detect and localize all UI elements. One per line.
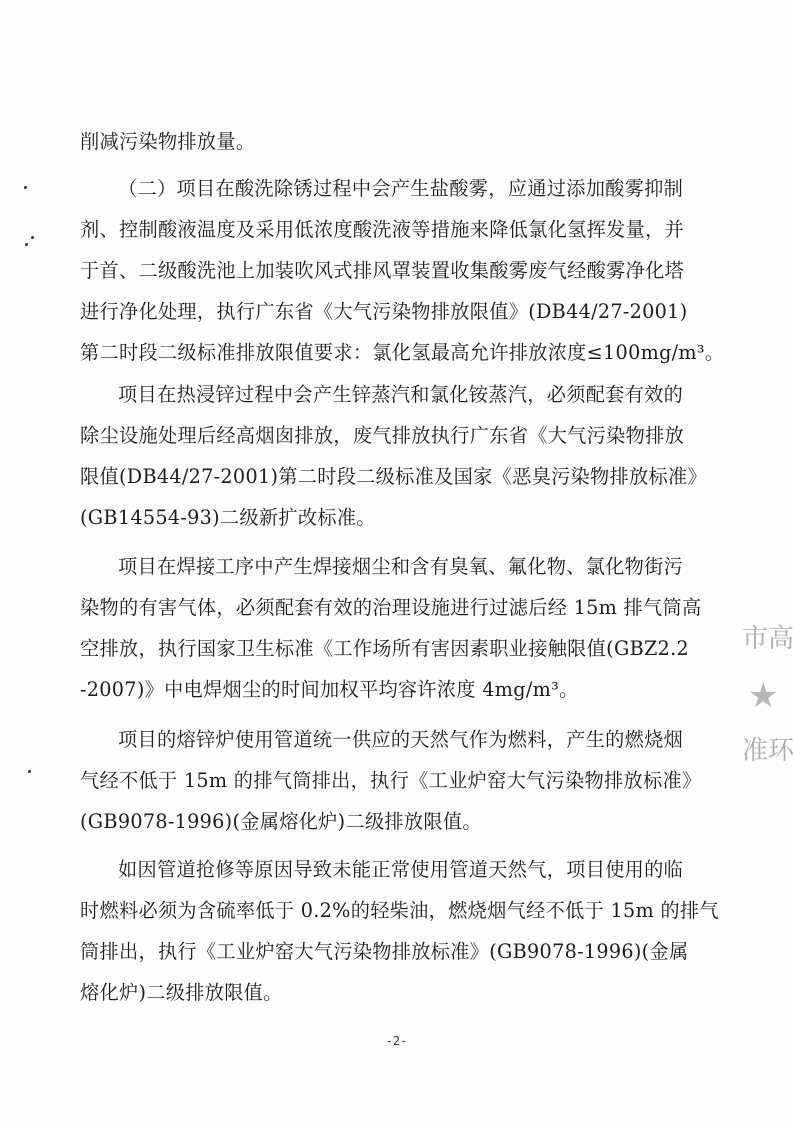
stamp-bottom-text: 准环 [742, 730, 793, 767]
text-line: (GB9078-1996)(金属熔化炉)二级排放限值。 [80, 810, 720, 834]
page-number: -2- [0, 1034, 793, 1048]
text-line: 熔化炉)二级排放限值。 [80, 981, 720, 1005]
text-line: 空排放，执行国家卫生标准《工作场所有害因素职业接触限值(GBZ2.2 [80, 637, 720, 661]
scan-speck [28, 770, 31, 773]
text-line: 进行净化处理，执行广东省《大气污染物排放限值》(DB44/27-2001) [80, 300, 720, 324]
stamp-top-text: 市高 [742, 618, 793, 655]
scan-speck [25, 243, 28, 246]
text-line: 削减污染物排放量。 [80, 130, 720, 154]
text-line: 限值(DB44/27-2001)第二时段二级标准及国家《恶臭污染物排放标准》 [80, 465, 720, 489]
text-line: 时燃料必须为含硫率低于 0.2%的轻柴油，燃烧烟气经不低于 15m 的排气 [80, 899, 720, 923]
scan-speck [24, 186, 27, 189]
paragraph-start-line: （二）项目在酸洗除锈过程中会产生盐酸雾，应通过添加酸雾抑制 [118, 177, 758, 201]
text-line: 除尘设施处理后经高烟囱排放，废气排放执行广东省《大气污染物排放 [80, 424, 720, 448]
star-icon: ★ [748, 676, 778, 716]
text-line: 气经不低于 15m 的排气筒排出，执行《工业炉窑大气污染物排放标准》 [80, 769, 720, 793]
document-page: 削减污染物排放量。 （二）项目在酸洗除锈过程中会产生盐酸雾，应通过添加酸雾抑制 … [0, 0, 793, 1122]
paragraph-start-line: 如因管道抢修等原因导致未能正常使用管道天然气，项目使用的临 [118, 858, 758, 882]
official-seal-stamp: 市高 ★ 准环 [742, 612, 793, 772]
paragraph-start-line: 项目的熔锌炉使用管道统一供应的天然气作为燃料，产生的燃烧烟 [118, 728, 758, 752]
paragraph-start-line: 项目在焊接工序中产生焊接烟尘和含有臭氧、氟化物、氯化物街污 [118, 555, 758, 579]
text-line: 于首、二级酸洗池上加装吹风式排风罩装置收集酸雾废气经酸雾净化塔 [80, 259, 720, 283]
paragraph-start-line: 项目在热浸锌过程中会产生锌蒸汽和氯化铵蒸汽，必须配套有效的 [118, 383, 758, 407]
text-line: 第二时段二级标准排放限值要求：氯化氢最高允许排放浓度≤100mg/m³。 [80, 341, 720, 365]
scan-speck [31, 236, 34, 239]
text-line: -2007)》中电焊烟尘的时间加权平均容许浓度 4mg/m³。 [80, 678, 720, 702]
text-line: (GB14554-93)二级新扩改标准。 [80, 506, 720, 530]
text-line: 剂、控制酸液温度及采用低浓度酸洗液等措施来降低氯化氢挥发量，并 [80, 218, 720, 242]
text-line: 染物的有害气体，必须配套有效的治理设施进行过滤后经 15m 排气筒高 [80, 596, 720, 620]
text-line: 筒排出，执行《工业炉窑大气污染物排放标准》(GB9078-1996)(金属 [80, 940, 720, 964]
